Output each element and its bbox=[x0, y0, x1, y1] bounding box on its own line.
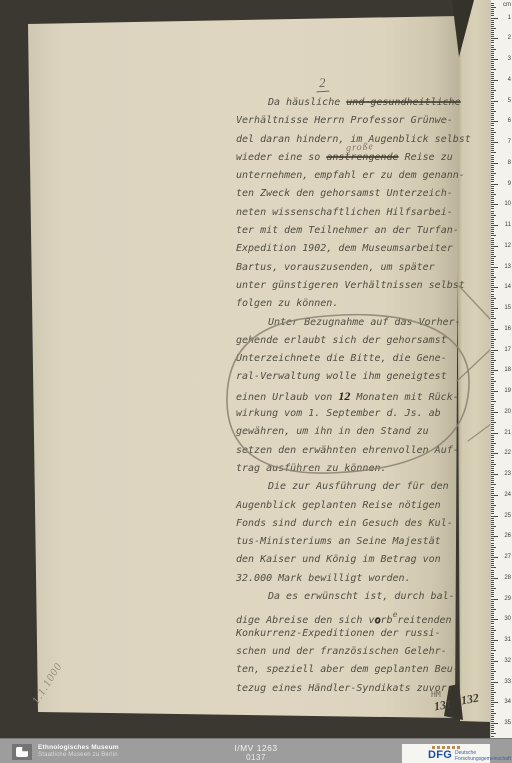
typescript-segment: Da es erwünscht ist, durch bal- bbox=[268, 591, 455, 602]
ruler-tick bbox=[491, 491, 494, 492]
ruler-tick bbox=[491, 725, 494, 726]
ruler-number: 14 bbox=[504, 284, 511, 290]
ruler-tick bbox=[491, 32, 494, 33]
ruler-tick bbox=[491, 269, 494, 270]
ruler-tick bbox=[491, 700, 494, 701]
ruler-tick bbox=[491, 414, 494, 415]
ruler-tick bbox=[491, 101, 498, 102]
ruler-tick bbox=[491, 686, 494, 687]
ruler-tick bbox=[491, 181, 494, 182]
ruler-tick bbox=[491, 555, 494, 556]
typescript-line: Unter Bezugnahme auf das Vorher- bbox=[236, 314, 476, 332]
ruler-tick bbox=[491, 528, 494, 529]
typescript-line: neten wissenschaftlichen Hilfsarbei- bbox=[236, 204, 476, 222]
typescript-segment: Augenblick geplanten Reise nötigen bbox=[236, 500, 441, 511]
typescript-line: schen und der französischen Gelehr- bbox=[236, 643, 476, 661]
ruler-tick bbox=[491, 565, 494, 566]
ruler-tick bbox=[491, 53, 494, 54]
ruler-tick bbox=[491, 28, 496, 29]
ruler-tick bbox=[491, 503, 494, 504]
typescript-segment: Unterzeichnete die Bitte, die Gene- bbox=[236, 353, 447, 364]
ruler-tick bbox=[491, 78, 494, 79]
ruler-tick bbox=[491, 150, 494, 151]
ruler-tick bbox=[491, 24, 494, 25]
ruler-tick bbox=[491, 609, 496, 610]
typescript-line: unter günstigeren Verhältnissen selbst bbox=[236, 277, 476, 295]
ruler-tick bbox=[491, 283, 494, 284]
typescript-line: ral-Verwaltung wolle ihm geneigtest bbox=[236, 368, 476, 386]
ruler-tick bbox=[491, 231, 494, 232]
ruler: cm12345678910111213141516171819202122232… bbox=[490, 0, 512, 740]
ruler-tick bbox=[491, 18, 498, 19]
ruler-tick bbox=[491, 642, 494, 643]
ruler-tick bbox=[491, 308, 498, 309]
ruler-tick bbox=[491, 152, 496, 153]
ruler-tick bbox=[491, 289, 494, 290]
ruler-tick bbox=[491, 366, 494, 367]
handwritten-page-number: 2 bbox=[316, 75, 329, 93]
ruler-tick bbox=[491, 175, 494, 176]
ruler-unit-label: cm bbox=[503, 2, 511, 8]
ruler-tick bbox=[491, 82, 494, 83]
ruler-tick bbox=[491, 198, 494, 199]
ruler-tick bbox=[491, 679, 494, 680]
ruler-tick bbox=[491, 337, 494, 338]
ruler-tick bbox=[491, 36, 494, 37]
ruler-number: 6 bbox=[508, 118, 511, 124]
ruler-tick bbox=[491, 736, 494, 737]
ruler-tick bbox=[491, 244, 494, 245]
ruler-tick bbox=[491, 653, 494, 654]
ruler-tick bbox=[491, 669, 494, 670]
ruler-tick bbox=[491, 719, 494, 720]
ruler-tick bbox=[491, 26, 494, 27]
typescript-segment: gehende erlaubt sich der gehorsamst bbox=[236, 335, 447, 346]
ruler-tick bbox=[491, 169, 494, 170]
ruler-tick bbox=[491, 281, 494, 282]
typescript-line: ten, speziell aber dem geplanten Beu- bbox=[236, 661, 476, 679]
ruler-tick bbox=[491, 578, 498, 579]
ruler-tick bbox=[491, 242, 494, 243]
ruler-tick bbox=[491, 204, 498, 205]
ruler-tick bbox=[491, 252, 494, 253]
ruler-tick bbox=[491, 267, 498, 268]
ruler-tick bbox=[491, 489, 494, 490]
ruler-tick bbox=[491, 650, 496, 651]
typescript-segment: ten, speziell aber dem geplanten Beu- bbox=[236, 664, 459, 675]
typescript-segment: ter mit dem Teilnehmer an der Turfan- bbox=[236, 225, 459, 236]
ruler-tick bbox=[491, 628, 494, 629]
ruler-number: 31 bbox=[504, 637, 511, 643]
ruler-tick bbox=[491, 271, 494, 272]
typescript-line: Verhältnisse Herrn Professor Grünwe- bbox=[236, 112, 476, 130]
ruler-tick bbox=[491, 55, 494, 56]
ruler-tick bbox=[491, 451, 494, 452]
ruler-tick bbox=[491, 235, 496, 236]
ruler-tick bbox=[491, 468, 494, 469]
ruler-tick bbox=[491, 613, 494, 614]
ruler-tick bbox=[491, 74, 494, 75]
ruler-tick bbox=[491, 626, 494, 627]
ruler-tick bbox=[491, 671, 496, 672]
ruler-tick bbox=[491, 98, 494, 99]
ruler-tick bbox=[491, 464, 496, 465]
ruler-tick bbox=[491, 607, 494, 608]
ruler-tick bbox=[491, 692, 496, 693]
typescript-segment: einen Urlaub von bbox=[236, 392, 338, 403]
ruler-tick bbox=[491, 310, 494, 311]
ruler-tick bbox=[491, 229, 494, 230]
typescript-segment-ink: 12 bbox=[338, 389, 350, 403]
ruler-tick bbox=[491, 343, 494, 344]
typescript-line: setzen den erwähnten ehrenvollen Auf- bbox=[236, 442, 476, 460]
ruler-number: 2 bbox=[508, 35, 511, 41]
typescript-segment: ral-Verwaltung wolle ihm geneigtest bbox=[236, 371, 447, 382]
ruler-tick bbox=[491, 727, 494, 728]
typescript-segment: wieder eine so bbox=[236, 152, 326, 163]
ruler-tick bbox=[491, 260, 494, 261]
ruler-tick bbox=[491, 412, 498, 413]
ruler-tick bbox=[491, 580, 494, 581]
ruler-tick bbox=[491, 532, 494, 533]
ruler-tick bbox=[491, 497, 494, 498]
ruler-tick bbox=[491, 522, 494, 523]
ruler-tick bbox=[491, 225, 498, 226]
ruler-tick bbox=[491, 196, 494, 197]
ruler-tick bbox=[491, 584, 494, 585]
ruler-tick bbox=[491, 457, 494, 458]
typescript-line: trag ausführen zu können. bbox=[236, 460, 476, 478]
ruler-tick bbox=[491, 721, 494, 722]
ruler-tick bbox=[491, 279, 494, 280]
ruler-tick bbox=[491, 138, 494, 139]
ruler-tick bbox=[491, 449, 494, 450]
ruler-tick bbox=[491, 673, 494, 674]
ruler-tick bbox=[491, 67, 494, 68]
ruler-tick bbox=[491, 731, 494, 732]
ruler-tick bbox=[491, 538, 494, 539]
ruler-tick bbox=[491, 5, 494, 6]
ruler-tick bbox=[491, 422, 496, 423]
ruler-number: 15 bbox=[504, 305, 511, 311]
ruler-tick bbox=[491, 547, 496, 548]
ruler-tick bbox=[491, 329, 498, 330]
ruler-tick bbox=[491, 130, 494, 131]
ruler-tick bbox=[491, 430, 494, 431]
ruler-tick bbox=[491, 30, 494, 31]
ruler-number: 32 bbox=[504, 658, 511, 664]
ruler-tick bbox=[491, 640, 498, 641]
ruler-tick bbox=[491, 233, 494, 234]
ruler-tick bbox=[491, 219, 494, 220]
ruler-tick bbox=[491, 513, 494, 514]
ruler-tick bbox=[491, 86, 494, 87]
typescript-segment: Da häusliche bbox=[268, 97, 346, 108]
ruler-tick bbox=[491, 136, 494, 137]
ruler-number: 12 bbox=[504, 243, 511, 249]
ruler-tick bbox=[491, 702, 498, 703]
pencil-correction-word: große bbox=[346, 141, 375, 154]
ruler-tick bbox=[491, 215, 496, 216]
ruler-tick bbox=[491, 534, 494, 535]
typescript-segment-strike: und gesundheitliche bbox=[346, 97, 460, 108]
typescript-segment: setzen den erwähnten ehrenvollen Auf- bbox=[236, 445, 459, 456]
ruler-tick bbox=[491, 117, 494, 118]
typescript-segment: Reise zu bbox=[399, 152, 453, 163]
ruler-tick bbox=[491, 372, 494, 373]
ruler-number: 34 bbox=[504, 699, 511, 705]
ruler-tick bbox=[491, 325, 494, 326]
ruler-tick bbox=[491, 408, 494, 409]
ruler-tick bbox=[491, 51, 494, 52]
ruler-tick bbox=[491, 623, 494, 624]
ruler-tick bbox=[491, 404, 494, 405]
ruler-number: 18 bbox=[504, 367, 511, 373]
ruler-tick bbox=[491, 217, 494, 218]
ruler-tick bbox=[491, 258, 494, 259]
ruler-tick bbox=[491, 3, 494, 4]
ruler-tick bbox=[491, 657, 494, 658]
typescript-segment: Die zur Ausführung der für den bbox=[268, 481, 449, 492]
footer-bar: Ethnologisches Museum Staatliche Museen … bbox=[0, 738, 512, 763]
typescript-segment-strike: anstrengende bbox=[326, 152, 398, 163]
ruler-tick bbox=[491, 418, 494, 419]
ruler-tick bbox=[491, 470, 494, 471]
ruler-tick bbox=[491, 487, 494, 488]
ruler-tick bbox=[491, 499, 494, 500]
ruler-tick bbox=[491, 254, 494, 255]
ruler-tick bbox=[491, 690, 494, 691]
ruler-tick bbox=[491, 567, 496, 568]
ruler-tick bbox=[491, 484, 496, 485]
ruler-tick bbox=[491, 621, 494, 622]
ruler-tick bbox=[491, 665, 494, 666]
ruler-tick bbox=[491, 393, 494, 394]
ruler-tick bbox=[491, 694, 494, 695]
ruler-tick bbox=[491, 341, 494, 342]
ruler-tick bbox=[491, 383, 494, 384]
ruler-tick bbox=[491, 638, 494, 639]
dfg-acronym: DFG bbox=[428, 749, 452, 761]
ruler-tick bbox=[491, 159, 494, 160]
ruler-tick bbox=[491, 447, 494, 448]
typescript-line: Bartus, vorauszusenden, um später bbox=[236, 259, 476, 277]
ruler-tick bbox=[491, 659, 494, 660]
ruler-tick bbox=[491, 15, 494, 16]
ruler-tick bbox=[491, 277, 496, 278]
typescript-line: den Kaiser und König im Betrag von bbox=[236, 551, 476, 569]
ruler-tick bbox=[491, 223, 494, 224]
ruler-tick bbox=[491, 551, 494, 552]
ruler-tick bbox=[491, 401, 496, 402]
typescript-line: Fonds sind durch ein Gesuch des Kul- bbox=[236, 515, 476, 533]
ruler-tick bbox=[491, 61, 494, 62]
typescript-segment: folgen zu können. bbox=[236, 298, 338, 309]
ruler-tick bbox=[491, 323, 494, 324]
typescript-segment: Verhältnisse Herrn Professor Grünwe- bbox=[236, 115, 453, 126]
typescript-segment: Bartus, vorauszusenden, um später bbox=[236, 262, 435, 273]
ruler-tick bbox=[491, 184, 498, 185]
ruler-tick bbox=[491, 572, 494, 573]
ruler-tick bbox=[491, 186, 494, 187]
ruler-tick bbox=[491, 507, 494, 508]
typescript-line: 32.000 Mark bewilligt worden. bbox=[236, 570, 476, 588]
ruler-tick bbox=[491, 123, 494, 124]
ruler-tick bbox=[491, 729, 494, 730]
ruler-tick bbox=[491, 385, 494, 386]
ruler-number: 20 bbox=[504, 409, 511, 415]
ruler-number: 5 bbox=[508, 98, 511, 104]
ruler-tick bbox=[491, 132, 496, 133]
typescript-line: ter mit dem Teilnehmer an der Turfan- bbox=[236, 222, 476, 240]
ruler-number: 24 bbox=[504, 492, 511, 498]
ruler-tick bbox=[491, 545, 494, 546]
ruler-tick bbox=[491, 594, 494, 595]
ruler-tick bbox=[491, 248, 494, 249]
typescript-segment: trag ausführen zu können. bbox=[236, 463, 387, 474]
ruler-number: 21 bbox=[504, 430, 511, 436]
ruler-tick bbox=[491, 368, 494, 369]
ruler-tick bbox=[491, 111, 496, 112]
typescript-segment: neten wissenschaftlichen Hilfsarbei- bbox=[236, 207, 453, 218]
ruler-tick bbox=[491, 557, 498, 558]
ruler-tick bbox=[491, 717, 494, 718]
ruler-tick bbox=[491, 350, 498, 351]
ruler-tick bbox=[491, 20, 494, 21]
ruler-tick bbox=[491, 285, 494, 286]
typescript-line: einen Urlaub von 12 Monaten mit Rück- bbox=[236, 387, 476, 405]
typescript-segment: Konkurrenz-Expeditionen der russi- bbox=[236, 628, 441, 639]
ruler-tick bbox=[491, 590, 494, 591]
ruler-tick bbox=[491, 630, 496, 631]
ruler-tick bbox=[491, 696, 494, 697]
ruler-tick bbox=[491, 472, 494, 473]
ruler-tick bbox=[491, 370, 498, 371]
ruler-tick bbox=[491, 140, 494, 141]
ruler-tick bbox=[491, 42, 494, 43]
ruler-tick bbox=[491, 167, 494, 168]
ruler-tick bbox=[491, 617, 494, 618]
ruler-tick bbox=[491, 733, 496, 734]
typescript-line: folgen zu können. bbox=[236, 295, 476, 313]
ruler-tick bbox=[491, 480, 494, 481]
ruler-tick bbox=[491, 13, 494, 14]
typescript-block: Da häusliche und gesundheitlicheVerhältn… bbox=[236, 94, 476, 698]
ruler-tick bbox=[491, 57, 494, 58]
dfg-name-line2: Forschungsgemeinschaft bbox=[455, 756, 511, 762]
ruler-tick bbox=[491, 208, 494, 209]
ruler-tick bbox=[491, 536, 498, 537]
ruler-tick bbox=[491, 316, 494, 317]
ruler-tick bbox=[491, 511, 494, 512]
ruler-tick bbox=[491, 345, 494, 346]
ruler-tick bbox=[491, 709, 494, 710]
ruler-tick bbox=[491, 148, 494, 149]
ruler-number: 33 bbox=[504, 679, 511, 685]
ruler-tick bbox=[491, 576, 494, 577]
ruler-tick bbox=[491, 634, 494, 635]
ruler-tick bbox=[491, 559, 494, 560]
ruler-tick bbox=[491, 40, 494, 41]
ruler-tick bbox=[491, 588, 496, 589]
ruler-tick bbox=[491, 698, 494, 699]
ruler-tick bbox=[491, 358, 494, 359]
typescript-line: Die zur Ausführung der für den bbox=[236, 478, 476, 496]
ruler-tick bbox=[491, 501, 494, 502]
ruler-tick bbox=[491, 84, 494, 85]
ruler-tick bbox=[491, 63, 494, 64]
ruler-tick bbox=[491, 495, 498, 496]
ruler-tick bbox=[491, 335, 494, 336]
typescript-line: wieder eine so großeanstrengende Reise z… bbox=[236, 149, 476, 167]
ruler-tick bbox=[491, 321, 494, 322]
ruler-number: 22 bbox=[504, 450, 511, 456]
ruler-tick bbox=[491, 360, 496, 361]
ruler-tick bbox=[491, 509, 494, 510]
ruler-tick bbox=[491, 543, 494, 544]
ruler-tick bbox=[491, 364, 494, 365]
ruler-tick bbox=[491, 516, 498, 517]
ruler-tick bbox=[491, 377, 494, 378]
typescript-segment: unter günstigeren Verhältnissen selbst bbox=[236, 280, 465, 291]
ruler-tick bbox=[491, 636, 494, 637]
ruler-tick bbox=[491, 460, 494, 461]
ruler-tick bbox=[491, 713, 496, 714]
ruler-tick bbox=[491, 22, 494, 23]
ruler-tick bbox=[491, 142, 498, 143]
ruler-tick bbox=[491, 291, 494, 292]
ruler-tick bbox=[491, 227, 494, 228]
ruler-tick bbox=[491, 157, 494, 158]
typescript-line: dige Abreise den sich vorbereitenden bbox=[236, 606, 476, 624]
ruler-tick bbox=[491, 298, 496, 299]
ruler-tick bbox=[491, 304, 494, 305]
ruler-tick bbox=[491, 314, 494, 315]
ruler-tick bbox=[491, 474, 498, 475]
ruler-tick bbox=[491, 611, 494, 612]
ruler-tick bbox=[491, 96, 494, 97]
ruler-tick bbox=[491, 648, 494, 649]
ruler-tick bbox=[491, 424, 494, 425]
ruler-tick bbox=[491, 262, 494, 263]
ruler-tick bbox=[491, 300, 494, 301]
ruler-tick bbox=[491, 192, 494, 193]
typescript-segment: Expedition 1902, dem Museumsarbeiter bbox=[236, 243, 453, 254]
ruler-tick bbox=[491, 273, 494, 274]
ruler-tick bbox=[491, 391, 498, 392]
ruler-tick bbox=[491, 677, 494, 678]
ruler-tick bbox=[491, 661, 498, 662]
ruler-tick bbox=[491, 155, 494, 156]
ruler-tick bbox=[491, 107, 494, 108]
ruler-tick bbox=[491, 688, 494, 689]
ruler-tick bbox=[491, 47, 494, 48]
ruler-number: 29 bbox=[504, 596, 511, 602]
ruler-tick bbox=[491, 399, 494, 400]
ruler-tick bbox=[491, 723, 498, 724]
ruler-tick bbox=[491, 80, 498, 81]
ruler-tick bbox=[491, 379, 494, 380]
ruler-tick bbox=[491, 9, 494, 10]
ruler-tick bbox=[491, 7, 496, 8]
ruler-tick bbox=[491, 250, 494, 251]
typescript-segment: wirkung vom 1. September d. Js. ab bbox=[236, 408, 441, 419]
typescript-line: Augenblick geplanten Reise nötigen bbox=[236, 497, 476, 515]
ruler-tick bbox=[491, 646, 494, 647]
ruler-tick bbox=[491, 173, 496, 174]
ruler-number: 9 bbox=[508, 181, 511, 187]
typescript-segment: ten Zweck den gehorsamst Unterzeich- bbox=[236, 188, 453, 199]
